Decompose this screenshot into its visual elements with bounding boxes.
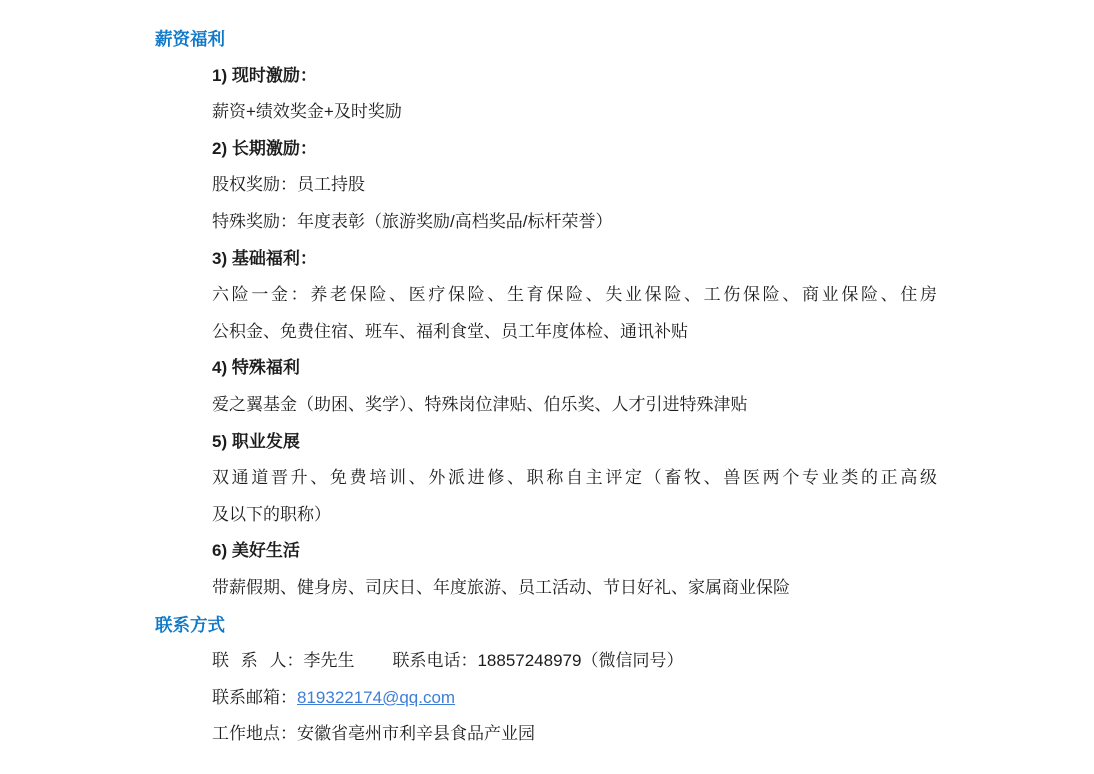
benefit-heading-3: 3) 基础福利： xyxy=(212,241,1094,278)
section-title-contact: 联系方式 xyxy=(155,607,1094,644)
benefit-line: 股权奖励：员工持股 xyxy=(212,167,1094,204)
contact-phone-label: 联系电话： xyxy=(392,651,477,670)
contact-email-label: 联系邮箱： xyxy=(212,688,297,707)
section-title-salary-benefits: 薪资福利 xyxy=(155,21,1094,58)
benefit-line: 六险一金：养老保险、医疗保险、生育保险、失业保险、工伤保险、商业保险、住房 xyxy=(212,277,937,314)
contact-person-label: 联 系 人： xyxy=(212,651,303,670)
contact-address-label: 工作地点： xyxy=(212,724,297,743)
benefit-line: 薪资+绩效奖金+及时奖励 xyxy=(212,94,1094,131)
benefit-line: 带薪假期、健身房、司庆日、年度旅游、员工活动、节日好礼、家属商业保险 xyxy=(212,570,1094,607)
contact-address-line: 工作地点：安徽省亳州市利辛县食品产业园 xyxy=(212,716,1094,753)
benefit-line: 及以下的职称） xyxy=(212,497,1094,534)
contact-person-line: 联 系 人：李先生联系电话：18857248979（微信同号） xyxy=(212,643,1094,680)
benefit-heading-6: 6) 美好生活 xyxy=(212,533,1094,570)
contact-address-value: 安徽省亳州市利辛县食品产业园 xyxy=(297,724,535,743)
benefit-line: 双通道晋升、免费培训、外派进修、职称自主评定（畜牧、兽医两个专业类的正高级 xyxy=(212,460,937,497)
contact-email-line: 联系邮箱：819322174@qq.com xyxy=(212,680,1094,717)
benefit-heading-5: 5) 职业发展 xyxy=(212,424,1094,461)
benefit-heading-2: 2) 长期激励： xyxy=(212,131,1094,168)
contact-phone-value: 18857248979（微信同号） xyxy=(477,651,683,670)
benefit-line: 特殊奖励：年度表彰（旅游奖励/高档奖品/标杆荣誉） xyxy=(212,204,1094,241)
benefit-heading-1: 1) 现时激励： xyxy=(212,58,1094,95)
contact-person-name: 李先生 xyxy=(303,651,354,670)
benefit-line: 爱之翼基金（助困、奖学）、特殊岗位津贴、伯乐奖、人才引进特殊津贴 xyxy=(212,387,1094,424)
email-link[interactable]: 819322174@qq.com xyxy=(297,688,455,707)
document-page: 薪资福利 1) 现时激励： 薪资+绩效奖金+及时奖励 2) 长期激励： 股权奖励… xyxy=(0,0,1094,774)
benefit-line: 公积金、免费住宿、班车、福利食堂、员工年度体检、通讯补贴 xyxy=(212,314,1094,351)
benefit-heading-4: 4) 特殊福利 xyxy=(212,350,1094,387)
